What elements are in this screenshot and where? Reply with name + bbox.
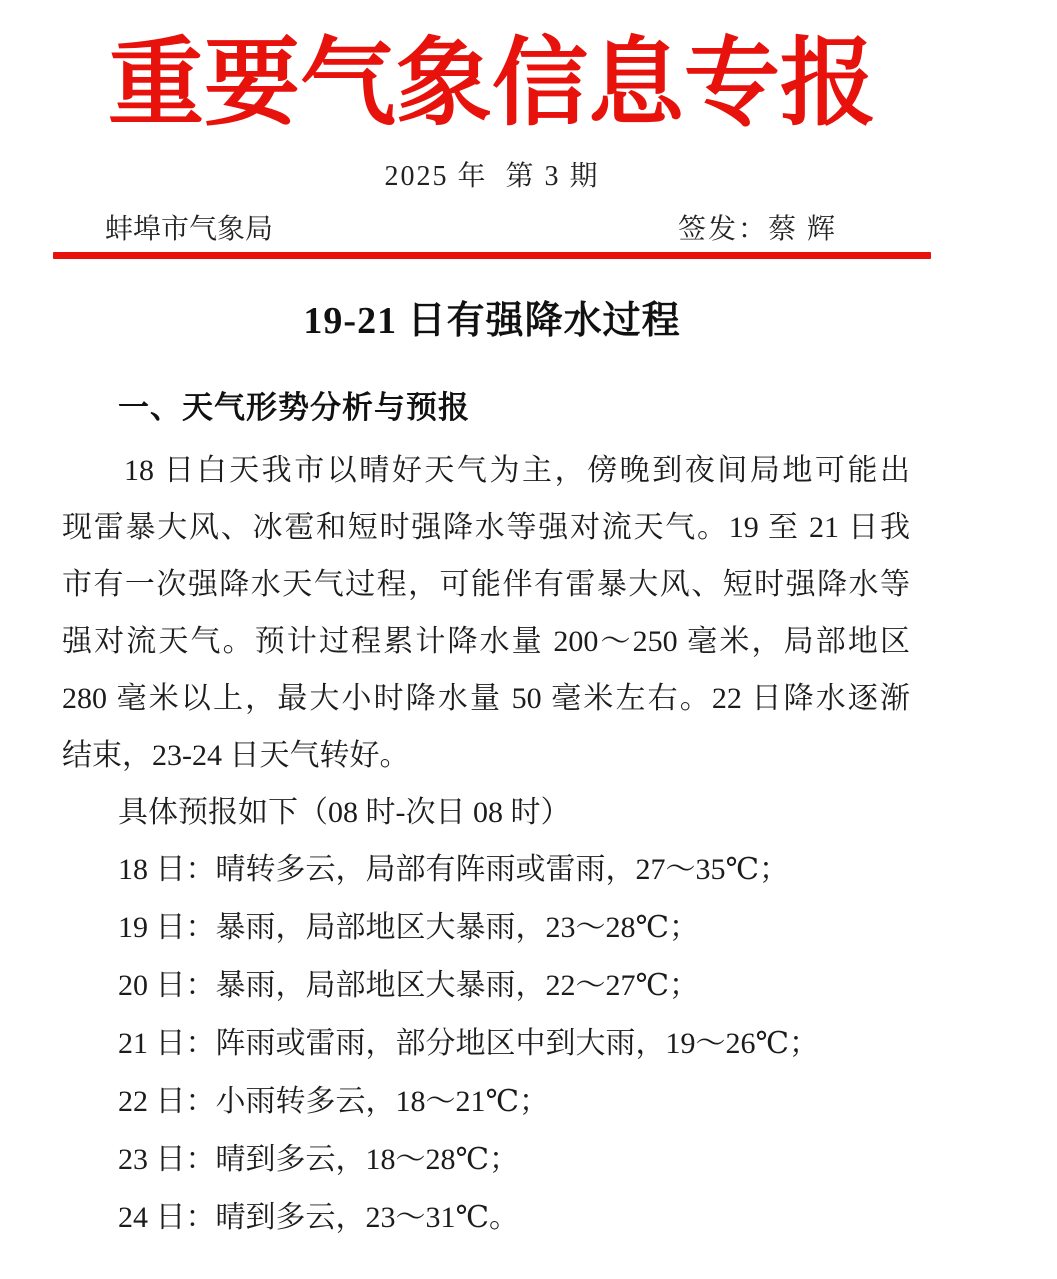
paragraph-line: 280 毫米以上，最大小时降水量 50 毫米左右。22 日降水逐渐 xyxy=(62,670,910,727)
page-content: 重要气象信息专报 2025 年 第 3 期 蚌埠市气象局 签发：蔡 辉 19-2… xyxy=(53,0,931,1247)
forecast-list: 18 日：晴转多云，局部有阵雨或雷雨，27～35℃； 19 日：暴雨，局部地区大… xyxy=(62,841,910,1247)
paragraph-line: 强对流天气。预计过程累计降水量 200～250 毫米，局部地区 xyxy=(62,613,910,670)
paragraph-line: 市有一次强降水天气过程，可能伴有雷暴大风、短时强降水等 xyxy=(62,556,910,613)
forecast-item-day21: 21 日：阵雨或雷雨，部分地区中到大雨，19～26℃； xyxy=(62,1015,910,1073)
forecast-item-day19: 19 日：暴雨，局部地区大暴雨，23～28℃； xyxy=(62,899,910,957)
forecast-item-day18: 18 日：晴转多云，局部有阵雨或雷雨，27～35℃； xyxy=(62,841,910,899)
forecast-item-day20: 20 日：暴雨，局部地区大暴雨，22～27℃； xyxy=(62,957,910,1015)
issuer-row: 蚌埠市气象局 签发：蔡 辉 xyxy=(53,208,931,246)
forecast-item-day24: 24 日：晴到多云，23～31℃。 xyxy=(62,1189,910,1247)
forecast-intro: 具体预报如下（08 时-次日 08 时） xyxy=(62,784,910,841)
paragraph-line: 18 日白天我市以晴好天气为主，傍晚到夜间局地可能出 xyxy=(62,442,910,499)
paragraph-line: 现雷暴大风、冰雹和短时强降水等强对流天气。19 至 21 日我 xyxy=(62,499,910,556)
forecast-item-day22: 22 日：小雨转多云，18～21℃； xyxy=(62,1073,910,1131)
masthead-title: 重要气象信息专报 xyxy=(53,0,931,138)
document-title: 19-21 日有强降水过程 xyxy=(53,289,931,344)
signer-line: 签发：蔡 辉 xyxy=(678,207,837,247)
document-page: 重要气象信息专报 2025 年 第 3 期 蚌埠市气象局 签发：蔡 辉 19-2… xyxy=(0,0,1057,1279)
section-heading: 一、天气形势分析与预报 xyxy=(62,382,910,427)
analysis-paragraph: 18 日白天我市以晴好天气为主，傍晚到夜间局地可能出 现雷暴大风、冰雹和短时强降… xyxy=(62,442,910,784)
header-red-rule xyxy=(53,252,931,259)
issue-number: 2025 年 第 3 期 xyxy=(53,154,931,194)
forecast-item-day23: 23 日：晴到多云，18～28℃； xyxy=(62,1131,910,1189)
issuer-name: 蚌埠市气象局 xyxy=(105,207,273,247)
paragraph-line: 结束，23-24 日天气转好。 xyxy=(62,727,910,784)
document-body: 一、天气形势分析与预报 18 日白天我市以晴好天气为主，傍晚到夜间局地可能出 现… xyxy=(53,382,931,1247)
